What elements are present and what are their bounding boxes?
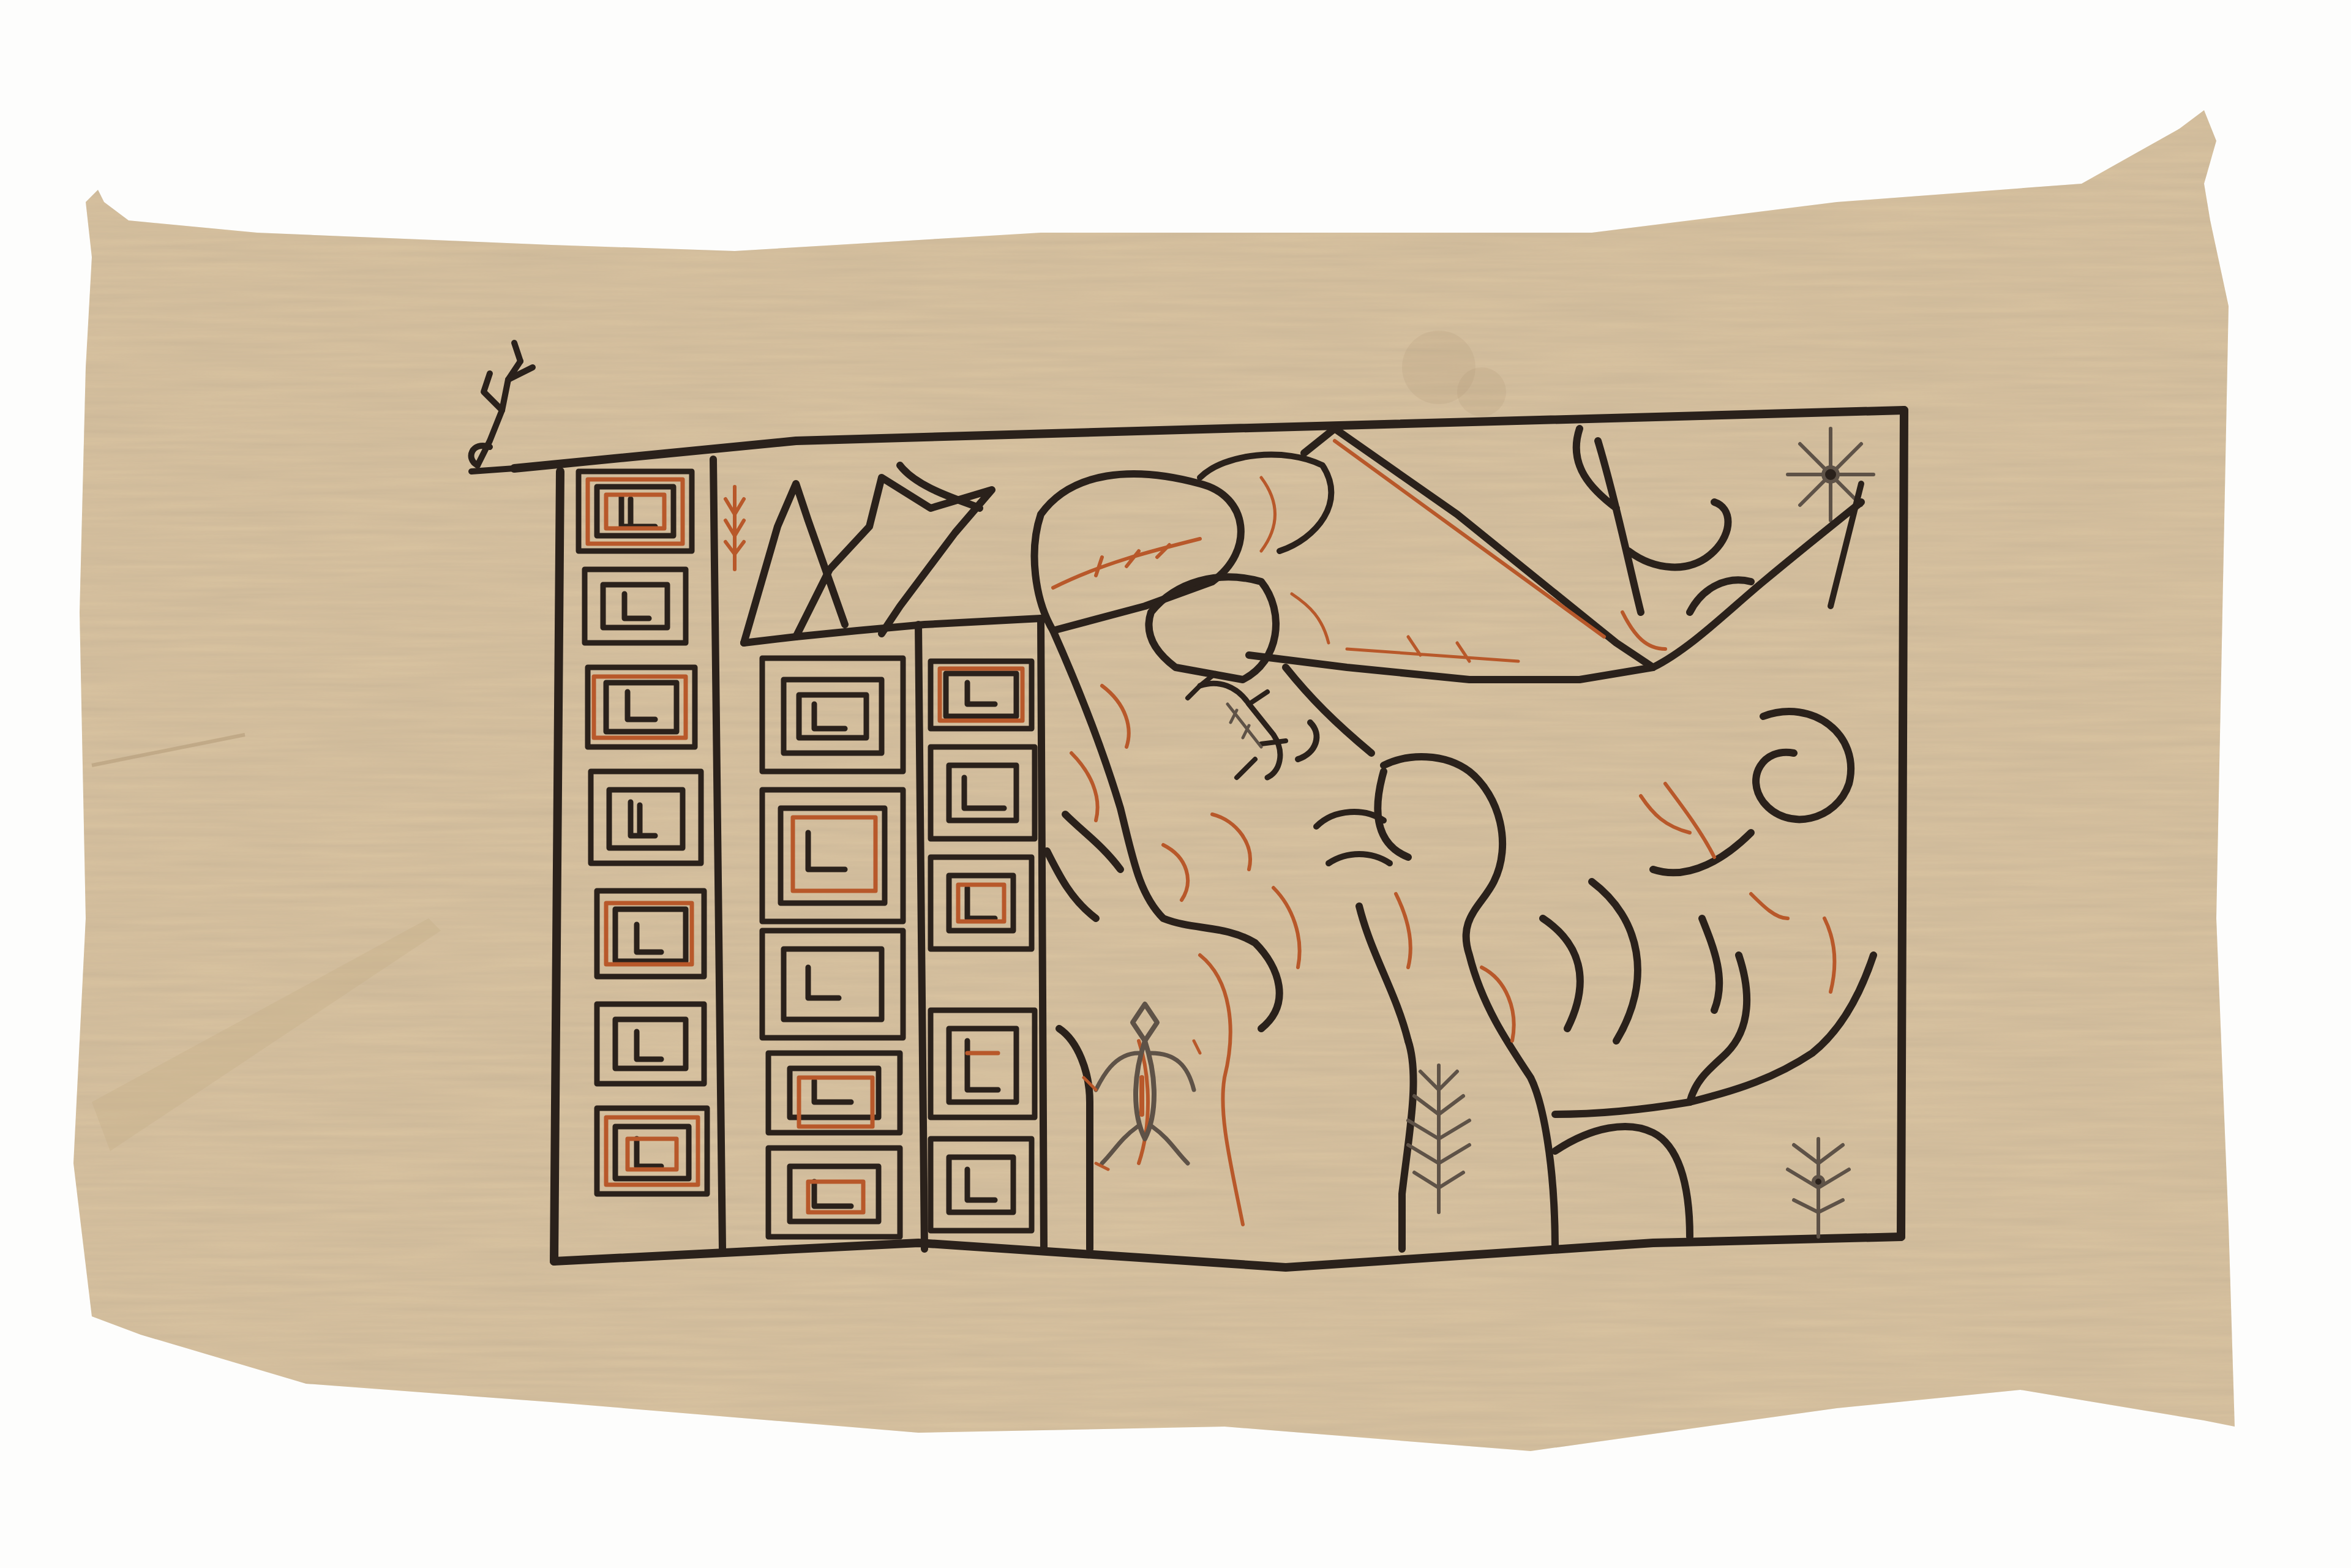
bark-cloth-artwork: [0, 0, 2351, 1568]
bark-cloth: [73, 110, 2235, 1451]
photo-stage: Painted bark cloth with geometric and fi…: [0, 0, 2351, 1568]
